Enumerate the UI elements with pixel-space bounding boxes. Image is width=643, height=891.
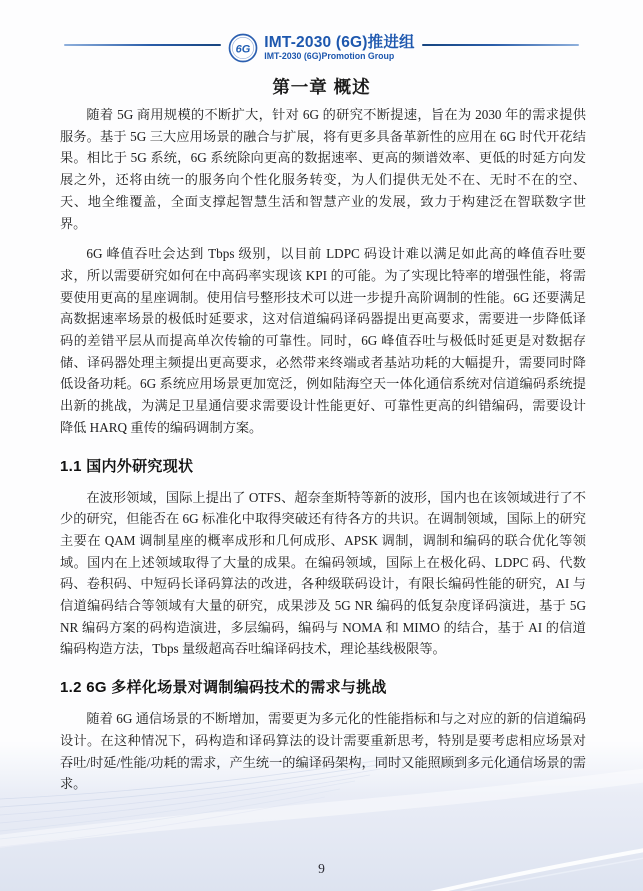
- document-body: 随着 5G 商用规模的不断扩大，针对 6G 的研究不断提速，旨在为 2030 年…: [60, 104, 586, 804]
- chapter-title: 第一章 概述: [0, 74, 643, 99]
- paragraph-intro-2: 6G 峰值吞吐会达到 Tbps 级别，以目前 LDPC 码设计难以满足如此高的峰…: [60, 243, 586, 438]
- imt2030-logo: 6G IMT-2030 (6G)推进组 IMT-2030 (6G)Promoti…: [228, 33, 414, 63]
- badge-6g-text: 6G: [236, 43, 251, 55]
- header-rule-left: [64, 44, 221, 46]
- document-page: 6G IMT-2030 (6G)推进组 IMT-2030 (6G)Promoti…: [0, 0, 643, 891]
- section-heading-1-2: 1.2 6G 多样化场景对调制编码技术的需求与挑战: [60, 676, 586, 697]
- paragraph-section-1-2: 随着 6G 通信场景的不断增加，需要更为多元化的性能指标和与之对应的新的信道编码…: [60, 708, 586, 795]
- section-heading-1-1: 1.1 国内外研究现状: [60, 455, 586, 476]
- logo-text-block: IMT-2030 (6G)推进组 IMT-2030 (6G)Promotion …: [264, 34, 414, 62]
- page-header: 6G IMT-2030 (6G)推进组 IMT-2030 (6G)Promoti…: [0, 33, 643, 63]
- 6g-badge-icon: 6G: [228, 33, 258, 63]
- paragraph-section-1-1: 在波形领域，国际上提出了 OTFS、超奈奎斯特等新的波形，国内也在该领域进行了不…: [60, 487, 586, 661]
- org-name-en: IMT-2030 (6G)Promotion Group: [264, 51, 414, 62]
- org-name-cn: IMT-2030 (6G)推进组: [264, 34, 414, 51]
- paragraph-intro-1: 随着 5G 商用规模的不断扩大，针对 6G 的研究不断提速，旨在为 2030 年…: [60, 104, 586, 234]
- header-rule-right: [422, 44, 579, 46]
- page-number: 9: [0, 861, 643, 877]
